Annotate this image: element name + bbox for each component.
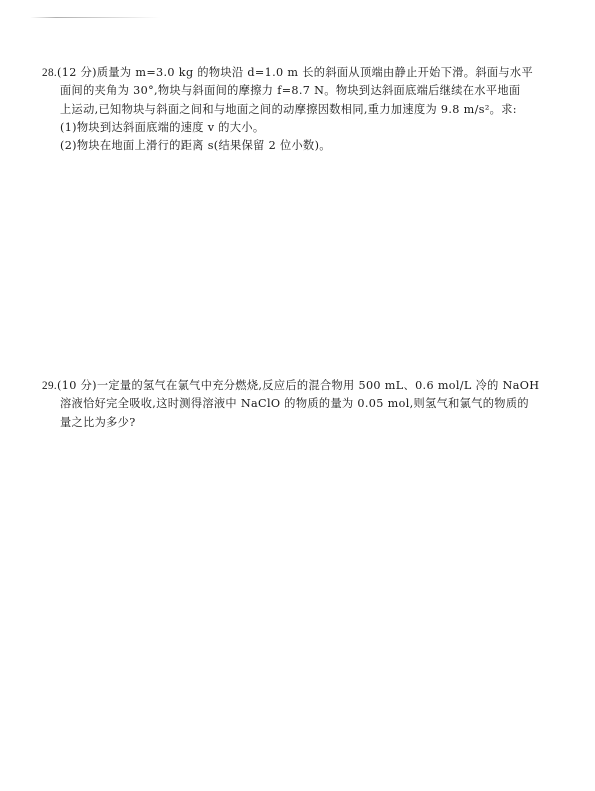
question-28: 28.(12 分)质量为 m=3.0 kg 的物块沿 d=1.0 m 长的斜面从…	[42, 64, 562, 155]
question-28-line-3: 上运动,已知物块与斜面之间和与地面之间的动摩擦因数相同,重力加速度为 9.8 m…	[42, 101, 562, 119]
question-29-line-3: 量之比为多少?	[42, 414, 562, 432]
question-number: 29.	[42, 380, 57, 392]
question-28-line-2: 面间的夹角为 30°,物块与斜面间的摩擦力 f=8.7 N。物块到达斜面底端后继…	[42, 82, 562, 100]
question-28-subquestion-1: (1)物块到达斜面底端的速度 v 的大小。	[42, 119, 562, 137]
question-number: 28.	[42, 67, 57, 79]
question-28-subquestion-2: (2)物块在地面上滑行的距离 s(结果保留 2 位小数)。	[42, 137, 562, 155]
question-29-line-2: 溶液恰好完全吸收,这时测得溶液中 NaClO 的物质的量为 0.05 mol,则…	[42, 395, 562, 413]
question-29: 29.(10 分)一定量的氢气在氯气中充分燃烧,反应后的混合物用 500 mL、…	[42, 377, 562, 432]
scan-artifact-line	[30, 17, 160, 18]
question-29-line-1: 29.(10 分)一定量的氢气在氯气中充分燃烧,反应后的混合物用 500 mL、…	[42, 377, 562, 395]
question-points: (10 分)	[57, 379, 97, 392]
question-text: 一定量的氢气在氯气中充分燃烧,反应后的混合物用 500 mL、0.6 mol/L…	[97, 379, 540, 392]
question-text: 质量为 m=3.0 kg 的物块沿 d=1.0 m 长的斜面从顶端由静止开始下滑…	[97, 66, 533, 79]
question-points: (12 分)	[57, 66, 97, 79]
question-28-line-1: 28.(12 分)质量为 m=3.0 kg 的物块沿 d=1.0 m 长的斜面从…	[42, 64, 562, 82]
